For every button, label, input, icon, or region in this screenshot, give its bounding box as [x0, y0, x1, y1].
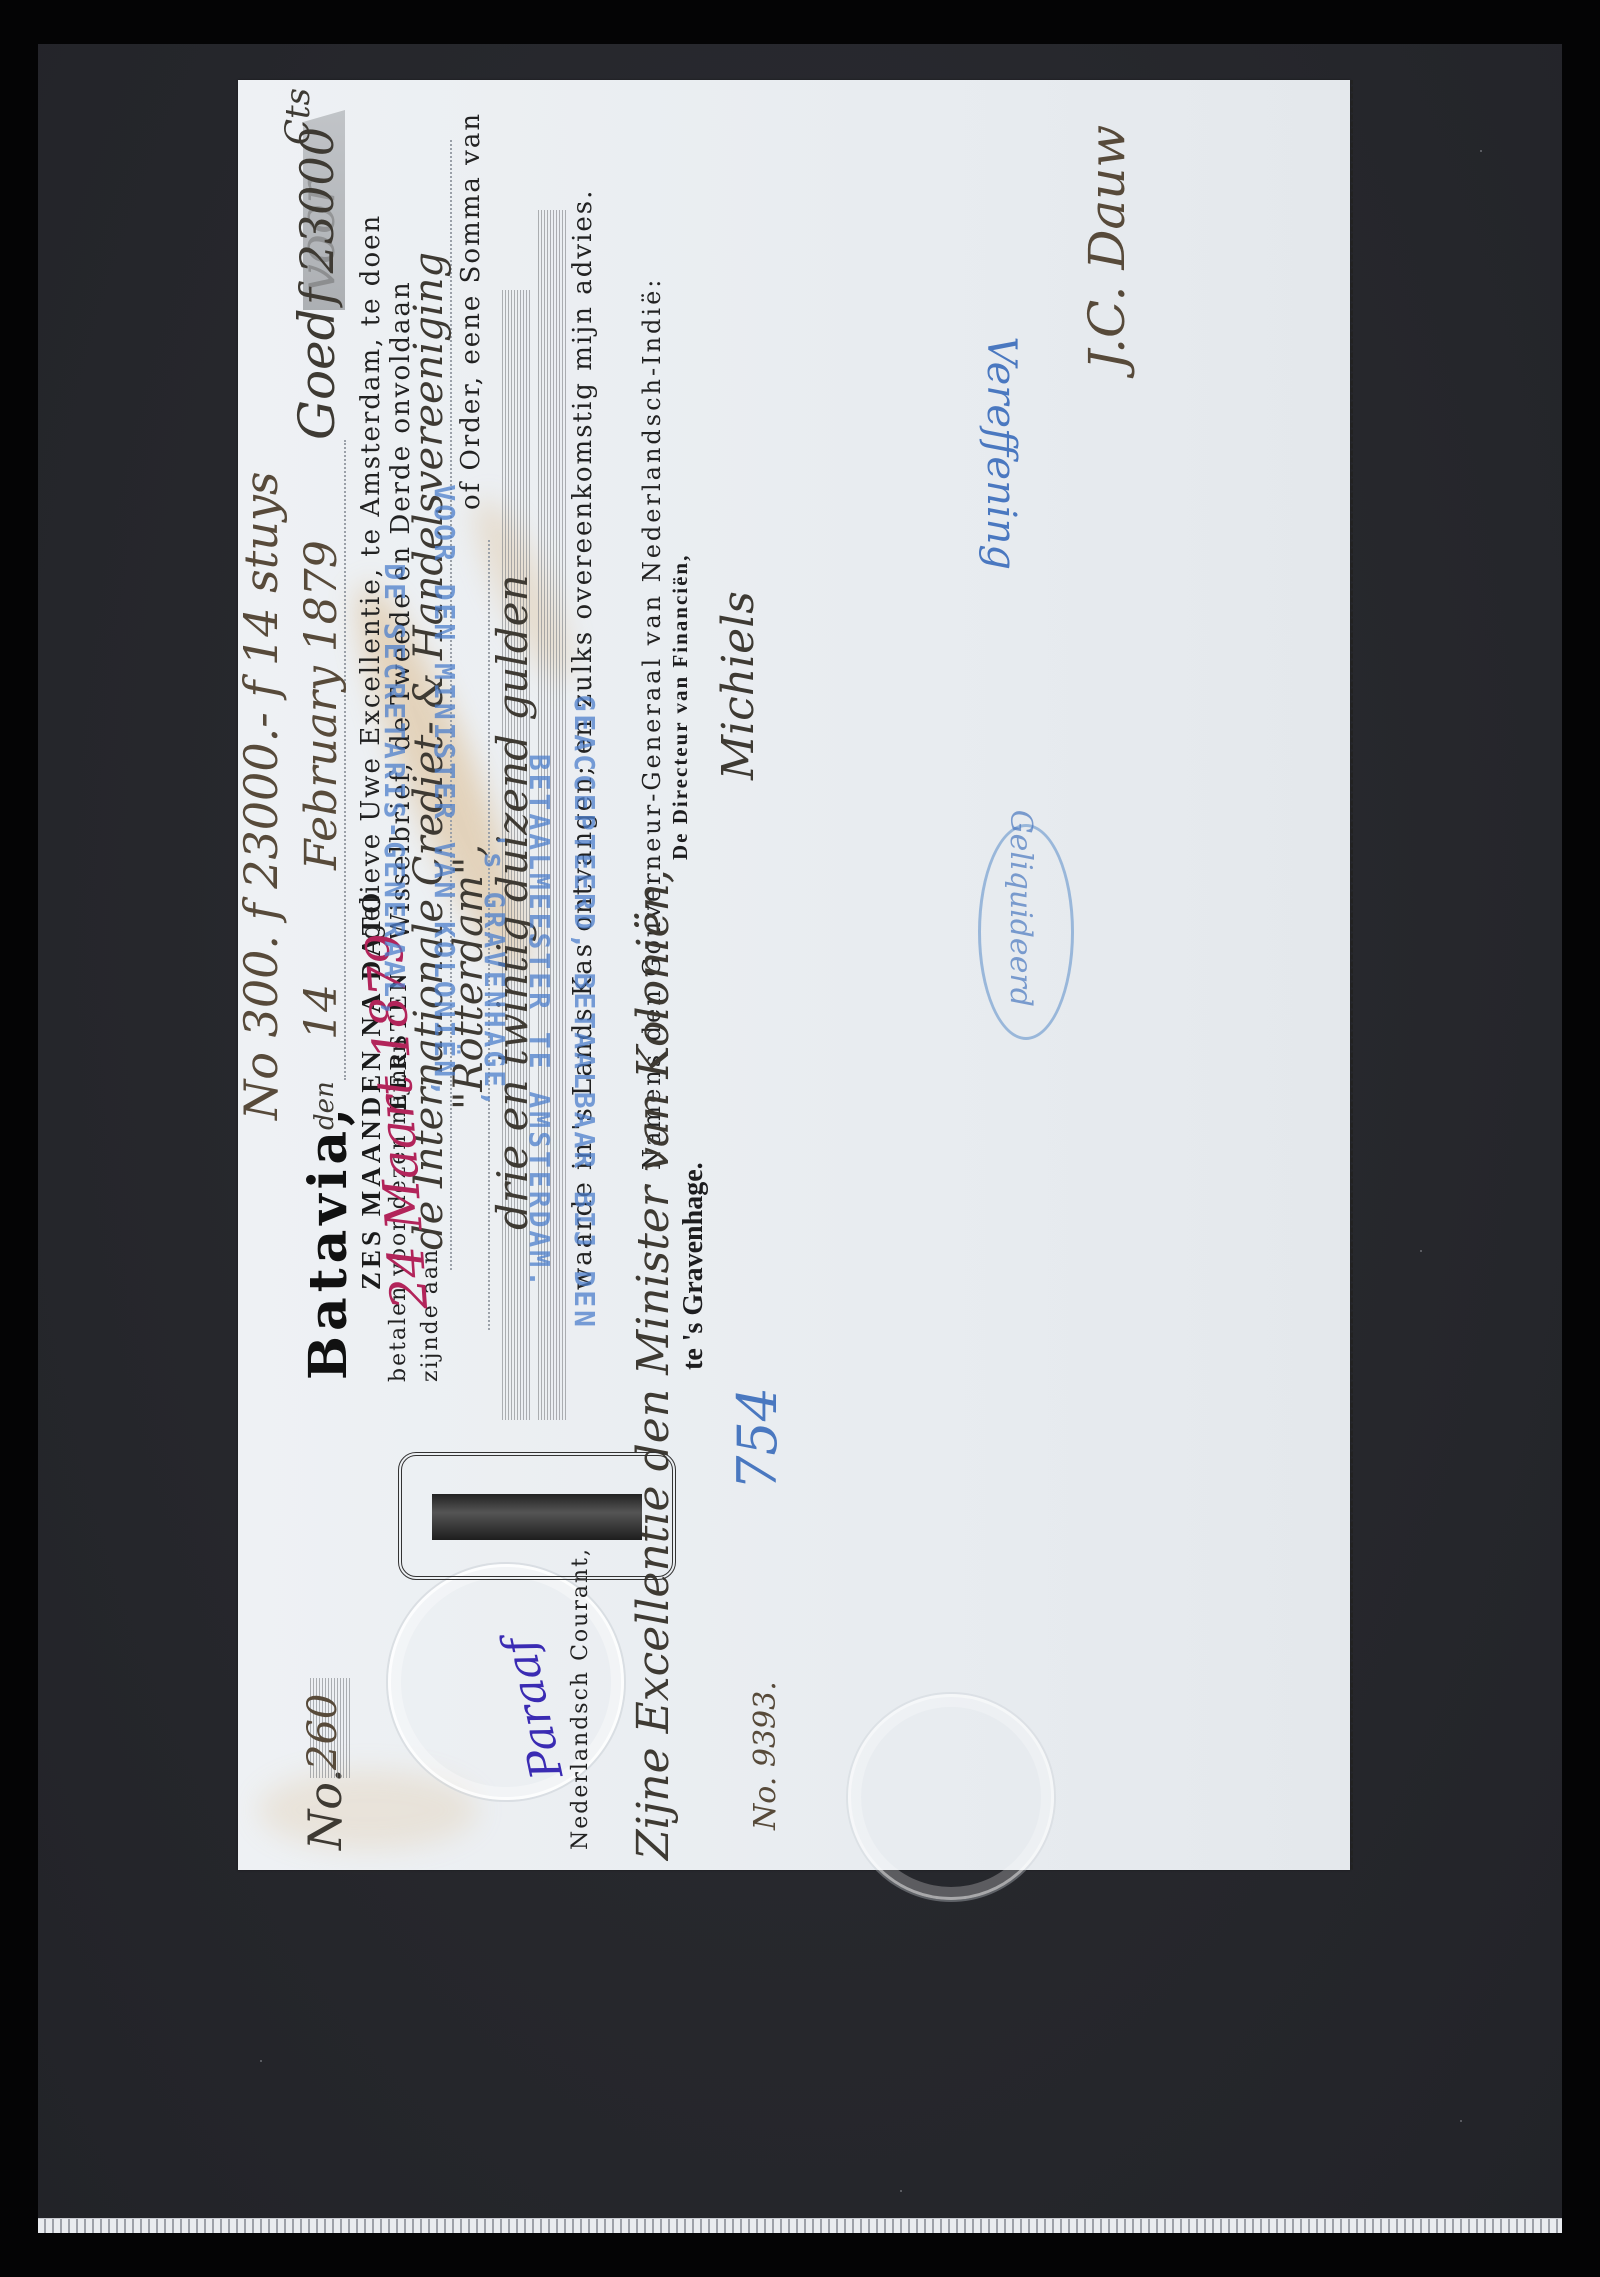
stamp-line-1: GEACCEPTEERD, BETAALBAAR BIJ DEN: [568, 695, 601, 1330]
addressee-place: te 's Gravenhage.: [678, 1162, 710, 1370]
director-title: De Directeur van Financiën,: [668, 554, 693, 860]
stamp-line-4: VOOR DEN MINISTER VAN KOLONIËN,: [428, 484, 461, 1100]
ink-signature-top-right: J.C. Dauw: [1078, 125, 1136, 370]
dust-speck: [900, 2190, 902, 2192]
serial-label: No.: [298, 1768, 352, 1850]
oval-stamp: Geliquideerd: [978, 824, 1074, 1040]
body-line-5-prefix: Nederlandsch Courant,: [568, 1547, 593, 1850]
perforated-edge: [1347, 80, 1353, 1870]
dust-speck: [1420, 1250, 1422, 1252]
director-signature: Michiels: [713, 591, 764, 780]
dust-speck: [1460, 2120, 1462, 2122]
oval-stamp-text: Geliquideerd: [1003, 810, 1038, 1007]
good-for-suffix: Cts: [278, 88, 318, 145]
album-perforated-strip: [38, 2218, 1562, 2233]
bill-of-exchange: No. 260 Batavia, den 14 February 1879 No…: [238, 80, 1350, 1870]
stamp-line-2: BETAALMEESTER TE AMSTERDAM.: [523, 754, 556, 1290]
blue-file-number: 754: [726, 1387, 789, 1490]
addressee-line: Zijne Excellentie den Minister van Kolon…: [628, 869, 679, 1860]
denomination-frame: [398, 1452, 676, 1580]
print-number: No. 9393.: [748, 1681, 783, 1830]
good-for-amount: f 23000: [290, 127, 344, 305]
dust-speck: [1480, 150, 1482, 152]
acceptance-stamp: GEACCEPTEERD, BETAALBAAR BIJ DEN BETAALM…: [318, 810, 618, 1330]
stamp-line-3: 's GRAVENHAGE,: [478, 832, 511, 1110]
denomination-numeral-bar: [432, 1494, 642, 1540]
serial-number: 260: [300, 1694, 346, 1770]
dust-speck: [260, 2060, 262, 2062]
stamp-line-5: DE SECRETARIS-GENERAAL,: [378, 563, 411, 1020]
blue-handwritten-note: Vereffening: [978, 336, 1024, 570]
top-note: No 300. f 23000.- f 14 stuys: [234, 472, 288, 1121]
embossed-seal: [848, 1694, 1054, 1900]
body-line-4: of Order, eene Somma van: [456, 112, 486, 510]
document-slot: No. 260 Batavia, den 14 February 1879 No…: [238, 80, 1350, 1870]
